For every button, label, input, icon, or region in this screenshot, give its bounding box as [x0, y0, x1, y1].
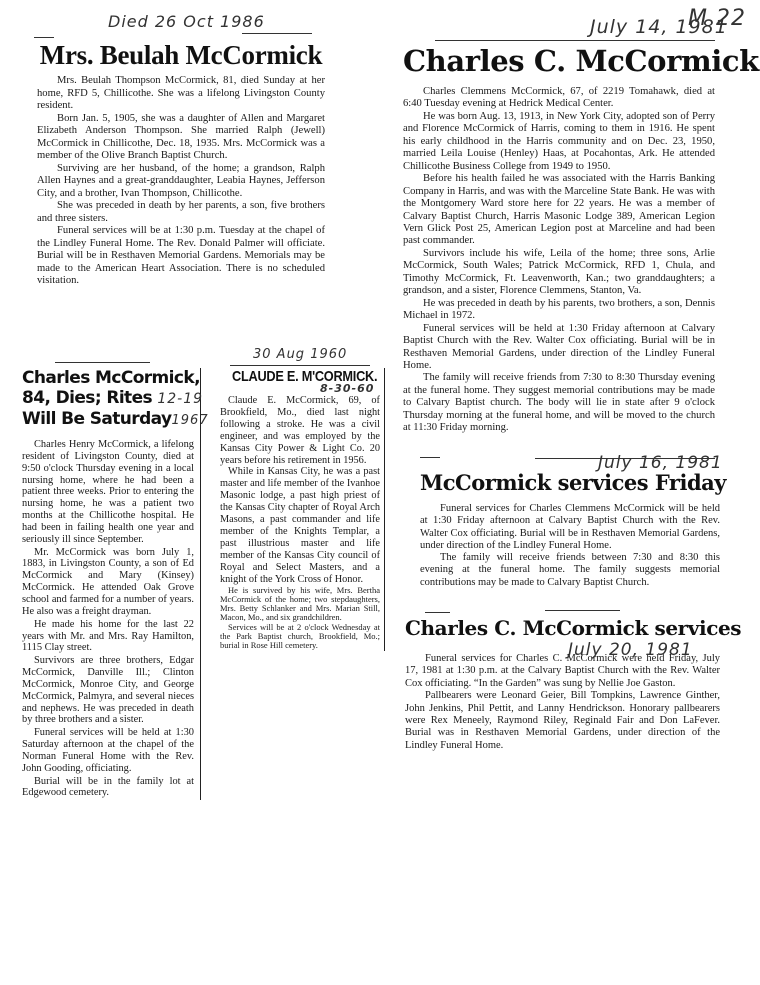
divider-rule [545, 610, 620, 611]
paragraph: Funeral services will be held at 1:30 Sa… [22, 727, 194, 774]
paragraph: Funeral services will be at 1:30 p.m. Tu… [37, 225, 325, 288]
article-body: Mrs. Beulah Thompson McCormick, 81, died… [37, 75, 325, 288]
paragraph: Surviving are her husband, of the home; … [37, 163, 325, 201]
headline-line: Will Be Saturday1967 [22, 409, 194, 431]
obituary-clipping-charles-c: Charles C. McCormick Charles Clemmens Mc… [403, 44, 715, 435]
article-body: Claude E. McCormick, 69, of Brookfield, … [220, 395, 380, 651]
headline: Charles C. McCormick services [405, 616, 720, 640]
paragraph: The family will receive friends from 7:3… [403, 372, 715, 434]
obituary-clipping-claude: CLAUDE E. M'CORMICK. 8-30-60 Claude E. M… [220, 368, 385, 651]
article-body: Funeral services for Charles C. McCormic… [405, 653, 720, 752]
obituary-clipping-beulah: Mrs. Beulah McCormick Mrs. Beulah Thomps… [37, 40, 325, 288]
paragraph: Funeral services will be held at 1:30 Fr… [403, 323, 715, 373]
paragraph: Mrs. Beulah Thompson McCormick, 81, died… [37, 75, 325, 113]
paragraph: Charles Henry McCormick, a lifelong resi… [22, 439, 194, 546]
divider-rule [435, 40, 715, 41]
headline: Charles McCormick, 84, Dies; Rites 12-19… [22, 368, 194, 431]
divider-rule [420, 457, 440, 458]
headline-line: 84, Dies; Rites 12-19 [22, 388, 194, 409]
article-body: Charles Clemmens McCormick, 67, of 2219 … [403, 86, 715, 435]
headline-line: Charles McCormick, [22, 368, 194, 388]
handwritten-date-beulah: Died 26 Oct 1986 [108, 12, 265, 31]
divider-rule [55, 362, 150, 363]
notice-clipping-services-friday: McCormick services Friday Funeral servic… [420, 470, 720, 589]
paragraph: Survivors are three brothers, Edgar McCo… [22, 655, 194, 726]
paragraph: Burial will be in the family lot at Edge… [22, 776, 194, 800]
paragraph: He was born Aug. 13, 1913, in New York C… [403, 111, 715, 173]
headline: McCormick services Friday [420, 470, 720, 495]
paragraph: Claude E. McCormick, 69, of Brookfield, … [220, 395, 380, 466]
paragraph: Charles Clemmens McCormick, 67, of 2219 … [403, 86, 715, 111]
paragraph: Survivors include his wife, Leila of the… [403, 248, 715, 298]
paragraph: He was preceded in death by his parents,… [403, 298, 715, 323]
divider-rule [34, 37, 54, 38]
handwritten-date-charles-c: July 14, 1981 [590, 16, 728, 38]
paragraph-small: Services will be at 2 o'clock Wednesday … [220, 623, 380, 651]
paragraph: Born Jan. 5, 1905, she was a daughter of… [37, 113, 325, 163]
handwritten-year: 1967 [172, 413, 209, 428]
handwritten-date-claude: 30 Aug 1960 [253, 347, 347, 362]
paragraph: The family will receive friends between … [420, 552, 720, 589]
handwritten-date-claude-2: 8-30-60 [320, 382, 374, 395]
divider-rule [242, 33, 312, 34]
headline: Charles C. McCormick [403, 44, 715, 78]
handwritten-date: 12-19 [157, 391, 203, 407]
notice-clipping-charles-c-services: Charles C. McCormick services Funeral se… [405, 616, 720, 752]
obituary-clipping-charles-84: Charles McCormick, 84, Dies; Rites 12-19… [22, 368, 201, 800]
headline: Mrs. Beulah McCormick [37, 40, 325, 71]
paragraph: Mr. McCormick was born July 1, 1883, in … [22, 547, 194, 618]
article-body: Funeral services for Charles Clemmens Mc… [420, 503, 720, 589]
paragraph: While in Kansas City, he was a past mast… [220, 466, 380, 585]
divider-rule [425, 612, 450, 613]
paragraph: She was preceded in death by her parents… [37, 200, 325, 225]
paragraph: Before his health failed he was associat… [403, 173, 715, 248]
handwritten-date-charles-c-services: July 20, 1981 [568, 640, 693, 660]
article-body: Charles Henry McCormick, a lifelong resi… [22, 439, 194, 799]
paragraph: He made his home for the last 22 years w… [22, 619, 194, 655]
paragraph: Funeral services for Charles Clemmens Mc… [420, 503, 720, 552]
paragraph: Pallbearers were Leonard Geier, Bill Tom… [405, 690, 720, 752]
divider-rule [230, 365, 370, 366]
paragraph-small: He is survived by his wife, Mrs. Bertha … [220, 586, 380, 623]
